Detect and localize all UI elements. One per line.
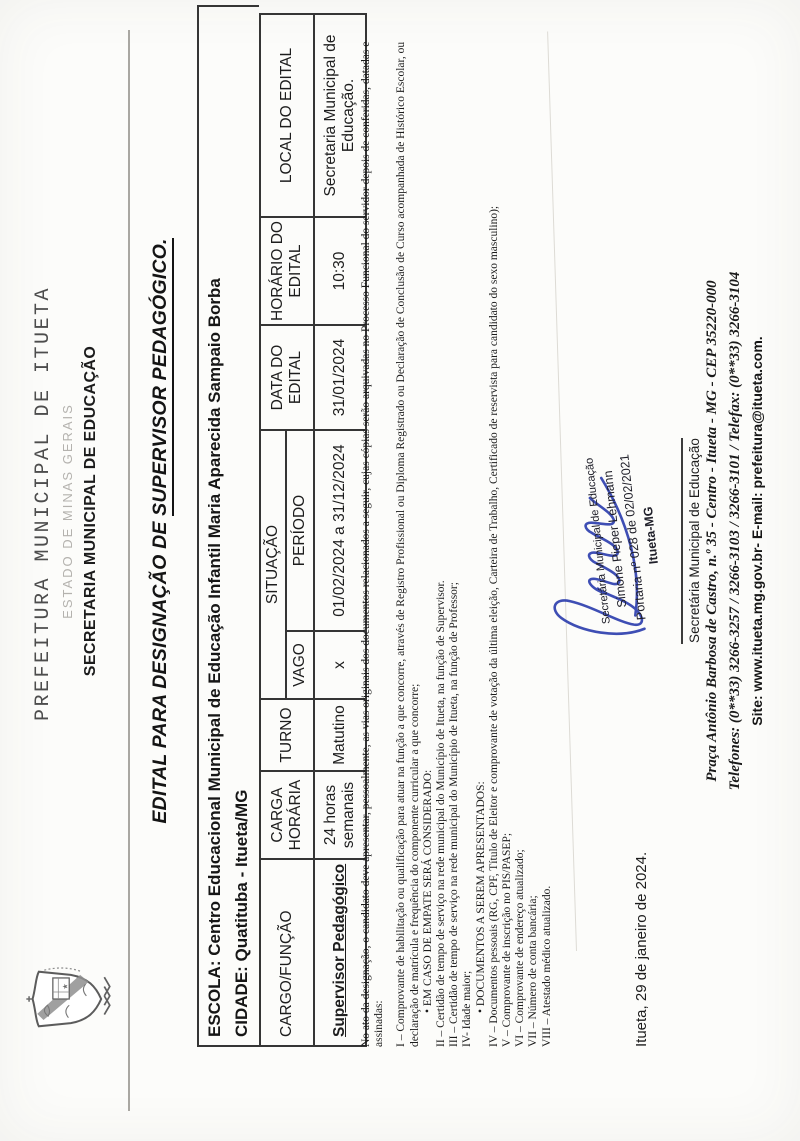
cell-local: Secretaria Municipal de Educação. — [314, 14, 366, 217]
col-header-carga: CARGA HORÁRIA — [260, 771, 314, 859]
notes-section: No ato da designação, o candidato deve a… — [360, 15, 554, 1047]
note-item: V – Comprovante de inscrição no PIS/PASE… — [501, 15, 514, 1047]
cell-cargo: Supervisor Pedagógico — [314, 859, 366, 1046]
edital-table: CARGO/FUNÇÃO CARGA HORÁRIA TURNO SITUAÇÃ… — [259, 13, 367, 1047]
note-item: III – Certidão de tempo de serviço na re… — [448, 15, 461, 1047]
municipal-coat-of-arms-icon: ★ — [24, 955, 116, 1043]
city-line: CIDADE: Quatituba - Itueta/MG — [228, 7, 255, 1037]
note-item: • DOCUMENTOS A SEREM APRESENTADOS: — [475, 15, 488, 1047]
school-line: ESCOLA: Centro Educacional Municipal de … — [201, 7, 228, 1037]
footer-address: Praça Antônio Barbosa de Castro, n.º 35 … — [701, 15, 724, 1047]
cell-carga: 24 horas semanais — [314, 771, 366, 859]
notes-intro: No ato da designação, o candidato deve a… — [360, 15, 386, 1047]
note-item: IV – Documentos pessoais (RG, CPF, Títul… — [488, 15, 501, 1047]
note-item: II – Certidão de tempo de serviço na red… — [435, 15, 448, 1047]
date-line: Itueta, 29 de janeiro de 2024. — [633, 852, 650, 1047]
state-name: ESTADO DE MINAS GERAIS — [60, 301, 75, 721]
col-header-local: LOCAL DO EDITAL — [260, 14, 314, 217]
document-title: EDITAL PARA DESIGNAÇÃO DE SUPERVISOR PED… — [149, 15, 172, 1047]
signature-rule — [681, 438, 683, 644]
cell-vago: x — [314, 631, 366, 699]
signature-role-label: Secretária Municipal de Educação — [687, 388, 702, 693]
col-header-situacao: SITUAÇÃO — [260, 430, 286, 699]
scanned-page-viewport: ★ PREFEITURA MUNICIPAL DE ITUETA ESTADO … — [0, 0, 800, 1141]
cell-periodo: 01/02/2024 a 31/12/2024 — [314, 430, 366, 631]
col-header-periodo: PERÍODO — [286, 430, 314, 631]
cell-data: 31/01/2024 — [314, 325, 366, 430]
col-header-horario: HORÁRIO DO EDITAL — [260, 217, 314, 325]
note-item: • EM CASO DE EMPATE SERÁ CONSIDERADO: — [422, 15, 435, 1047]
document-title-prefix: EDITAL PARA DESIGNAÇÃO DE — [149, 516, 171, 824]
school-info-box: ESCOLA: Centro Educacional Municipal de … — [197, 5, 259, 1047]
header-divider — [128, 30, 130, 1111]
col-header-data: DATA DO EDITAL — [260, 325, 314, 430]
scanned-document: ★ PREFEITURA MUNICIPAL DE ITUETA ESTADO … — [0, 0, 800, 1141]
col-header-vago: VAGO — [286, 631, 314, 699]
col-header-cargo: CARGO/FUNÇÃO — [260, 859, 314, 1046]
organization-name: PREFEITURA MUNICIPAL DE ITUETA — [32, 301, 55, 721]
footer-phones: Telefones: (0**33) 3266-3257 / 3266-3103… — [724, 15, 747, 1047]
col-header-turno: TURNO — [260, 699, 314, 771]
footer: Praça Antônio Barbosa de Castro, n.º 35 … — [701, 15, 768, 1047]
table-row: Supervisor Pedagógico 24 horas semanais … — [314, 14, 366, 1046]
note-item: VI – Comprovante de endereço atualizado; — [514, 15, 527, 1047]
cell-turno: Matutino — [314, 699, 366, 771]
department-name: SECRETARIA MUNICIPAL DE EDUCAÇÃO — [82, 301, 100, 721]
note-item: IV- Idade maior; — [461, 15, 474, 1047]
note-item: I – Comprovante de habilitação ou qualif… — [395, 15, 421, 1047]
footer-site-email: Site: www.itueta.mg.gov.br- E-mail: pref… — [747, 15, 768, 1047]
svg-text:★: ★ — [61, 983, 70, 989]
document-title-underlined: SUPERVISOR PEDAGÓGICO. — [149, 238, 174, 515]
letterhead: PREFEITURA MUNICIPAL DE ITUETA ESTADO DE… — [32, 301, 100, 721]
cell-horario: 10:30 — [314, 217, 366, 325]
